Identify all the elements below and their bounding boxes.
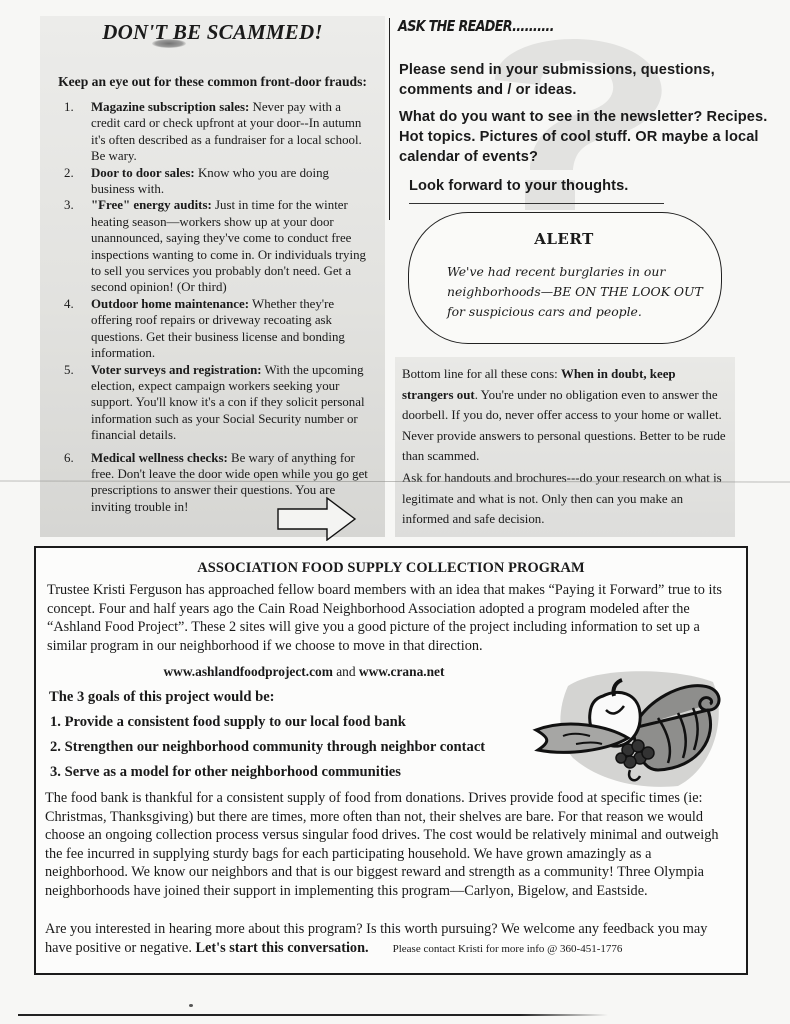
ask-reader-submissions: Please send in your submissions, questio… [399, 60, 789, 100]
contact-info: Please contact Kristi for more info @ 36… [393, 943, 623, 955]
ask-reader-title: ASK THE READER.......... [398, 17, 554, 35]
ink-smudge [152, 39, 186, 48]
ink-speck [189, 1004, 193, 1007]
scam-intro: Keep an eye out for these common front-d… [40, 74, 385, 90]
goal-item: 2. Strengthen our neighborhood community… [50, 739, 485, 756]
right-arrow-icon [277, 497, 357, 541]
scam-item-number: 4. [62, 296, 91, 362]
scam-item-heading: "Free" energy audits: [91, 198, 212, 212]
scam-item: 5. Voter surveys and registration: With … [62, 362, 372, 444]
food-program-details: The food bank is thankful for a consiste… [45, 789, 735, 901]
ask-reader-closing: Look forward to your thoughts. [409, 176, 790, 196]
scam-item-heading: Outdoor home maintenance: [91, 297, 249, 311]
scam-item-number: 3. [62, 197, 91, 295]
scam-item: 1. Magazine subscription sales: Never pa… [62, 99, 372, 165]
crana-link[interactable]: www.crana.net [359, 664, 445, 679]
scam-item-text: Outdoor home maintenance: Whether they'r… [91, 296, 372, 362]
scam-item: 3. "Free" energy audits: Just in time fo… [62, 197, 372, 295]
scam-item: 4. Outdoor home maintenance: Whether the… [62, 296, 372, 362]
food-program-feedback: Are you interested in hearing more about… [45, 920, 735, 958]
cornucopia-icon [528, 658, 733, 790]
paper-fold-crease [0, 478, 790, 486]
scam-item-number: 5. [62, 362, 91, 444]
scam-item-heading: Medical wellness checks: [91, 451, 228, 465]
alert-title: ALERT [408, 230, 720, 248]
food-program-title: ASSOCIATION FOOD SUPPLY COLLECTION PROGR… [34, 560, 748, 577]
column-divider [389, 18, 390, 220]
food-program-intro: Trustee Kristi Ferguson has approached f… [47, 581, 737, 655]
scam-section-title: DON'T BE SCAMMED! [40, 20, 385, 45]
ask-reader-question: What do you want to see in the newslette… [399, 107, 789, 167]
section-rule [409, 203, 664, 204]
scam-item-heading: Door to door sales: [91, 166, 195, 180]
scam-item-text: Door to door sales: Know who you are doi… [91, 165, 372, 198]
food-program-links: www.ashlandfoodproject.com and www.crana… [34, 664, 574, 680]
scam-item-body: Just in time for the winter heating seas… [91, 198, 366, 294]
bottom-line-prefix: Bottom line for all these cons: [402, 367, 561, 381]
link-joiner: and [333, 664, 359, 679]
goal-item: 3. Serve as a model for other neighborho… [50, 764, 401, 781]
scam-item-number: 1. [62, 99, 91, 165]
alert-text: We've had recent burglaries in our neigh… [447, 262, 707, 322]
bottom-line-paragraph: Bottom line for all these cons: When in … [402, 364, 730, 467]
feedback-call-to-action: Let's start this conversation. [195, 940, 368, 956]
footer-rule [18, 1014, 608, 1016]
scam-item-heading: Magazine subscription sales: [91, 100, 249, 114]
scam-item-heading: Voter surveys and registration: [91, 363, 262, 377]
scam-item-text: Magazine subscription sales: Never pay w… [91, 99, 372, 165]
scam-item-text: "Free" energy audits: Just in time for t… [91, 197, 372, 295]
scam-item-number: 2. [62, 165, 91, 198]
ashland-link[interactable]: www.ashlandfoodproject.com [164, 664, 333, 679]
scam-item-text: Voter surveys and registration: With the… [91, 362, 372, 444]
goal-item: 1. Provide a consistent food supply to o… [50, 714, 406, 731]
scam-item: 2. Door to door sales: Know who you are … [62, 165, 372, 198]
scam-list: 1. Magazine subscription sales: Never pa… [62, 99, 372, 515]
goals-heading: The 3 goals of this project would be: [49, 689, 275, 706]
